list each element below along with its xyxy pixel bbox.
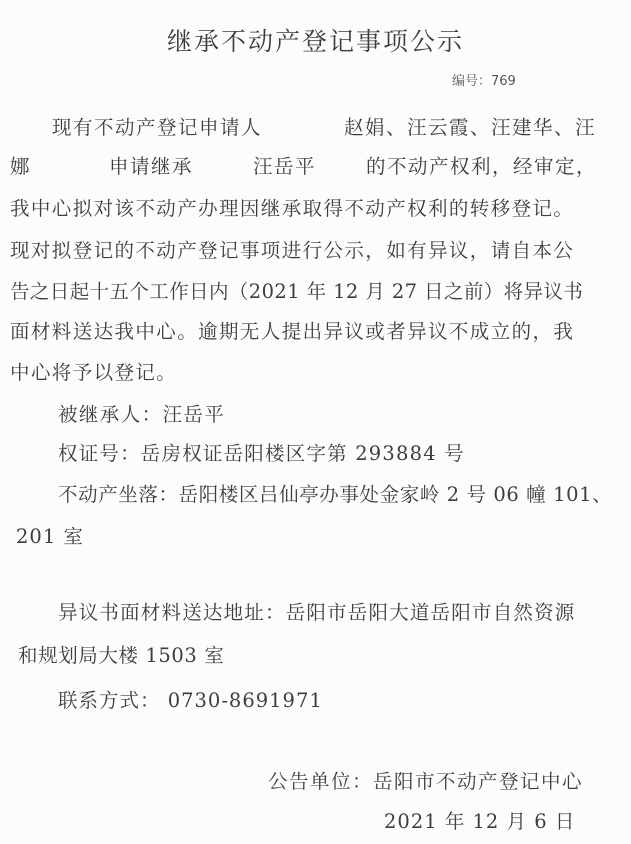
document-number: 编号：769 — [452, 70, 516, 89]
rights-review: 的不动产权利，经审定， — [366, 155, 597, 178]
issuer-line: 公告单位：岳阳市不动产登记中心 — [268, 766, 583, 794]
applicant-names-cont: 娜 — [10, 155, 31, 178]
applicant-names: 赵娟、汪云霞、汪建华、汪 — [344, 116, 596, 139]
paragraph-line-3: 我中心拟对该不动产办理因继承取得不动产权利的转移登记。 — [10, 193, 574, 221]
paragraph-line-5: 告之日起十五个工作日内（2021 年 12 月 27 日之前）将异议书 — [10, 276, 583, 304]
paragraph-line-7: 中心将予以登记。 — [10, 357, 177, 385]
certificate-number-line: 权证号：岳房权证岳阳楼区字第 293884 号 — [58, 438, 465, 466]
property-location-line-1: 不动产坐落：岳阳楼区吕仙亭办事处金家岭 2 号 06 幢 101、 — [58, 479, 612, 507]
decedent-line: 被继承人：汪岳平 — [58, 399, 225, 427]
paragraph-line-6: 面材料送达我中心。逾期无人提出异议或者异议不成立的，我 — [10, 316, 574, 344]
property-location-line-2: 201 室 — [16, 521, 84, 549]
applicant-intro: 现有不动产登记申请人 — [52, 116, 262, 139]
paragraph-line-4: 现对拟登记的不动产登记事项进行公示，如有异议，请自本公 — [10, 235, 574, 263]
paragraph-line-1: 现有不动产登记申请人赵娟、汪云霞、汪建华、汪 — [52, 112, 596, 140]
decedent-name: 汪岳平 — [253, 155, 316, 178]
inherit-request: 申请继承 — [109, 155, 193, 178]
paragraph-line-2: 娜申请继承汪岳平的不动产权利，经审定， — [10, 151, 597, 179]
objection-address-line-1: 异议书面材料送达地址：岳阳市岳阳大道岳阳市自然资源 — [58, 597, 576, 625]
notice-title: 继承不动产登记事项公示 — [0, 22, 631, 58]
objection-address-line-2: 和规划局大楼 1503 室 — [18, 640, 224, 668]
notice-date: 2021 年 12 月 6 日 — [384, 806, 575, 834]
contact-line: 联系方式： 0730-8691971 — [58, 685, 323, 713]
